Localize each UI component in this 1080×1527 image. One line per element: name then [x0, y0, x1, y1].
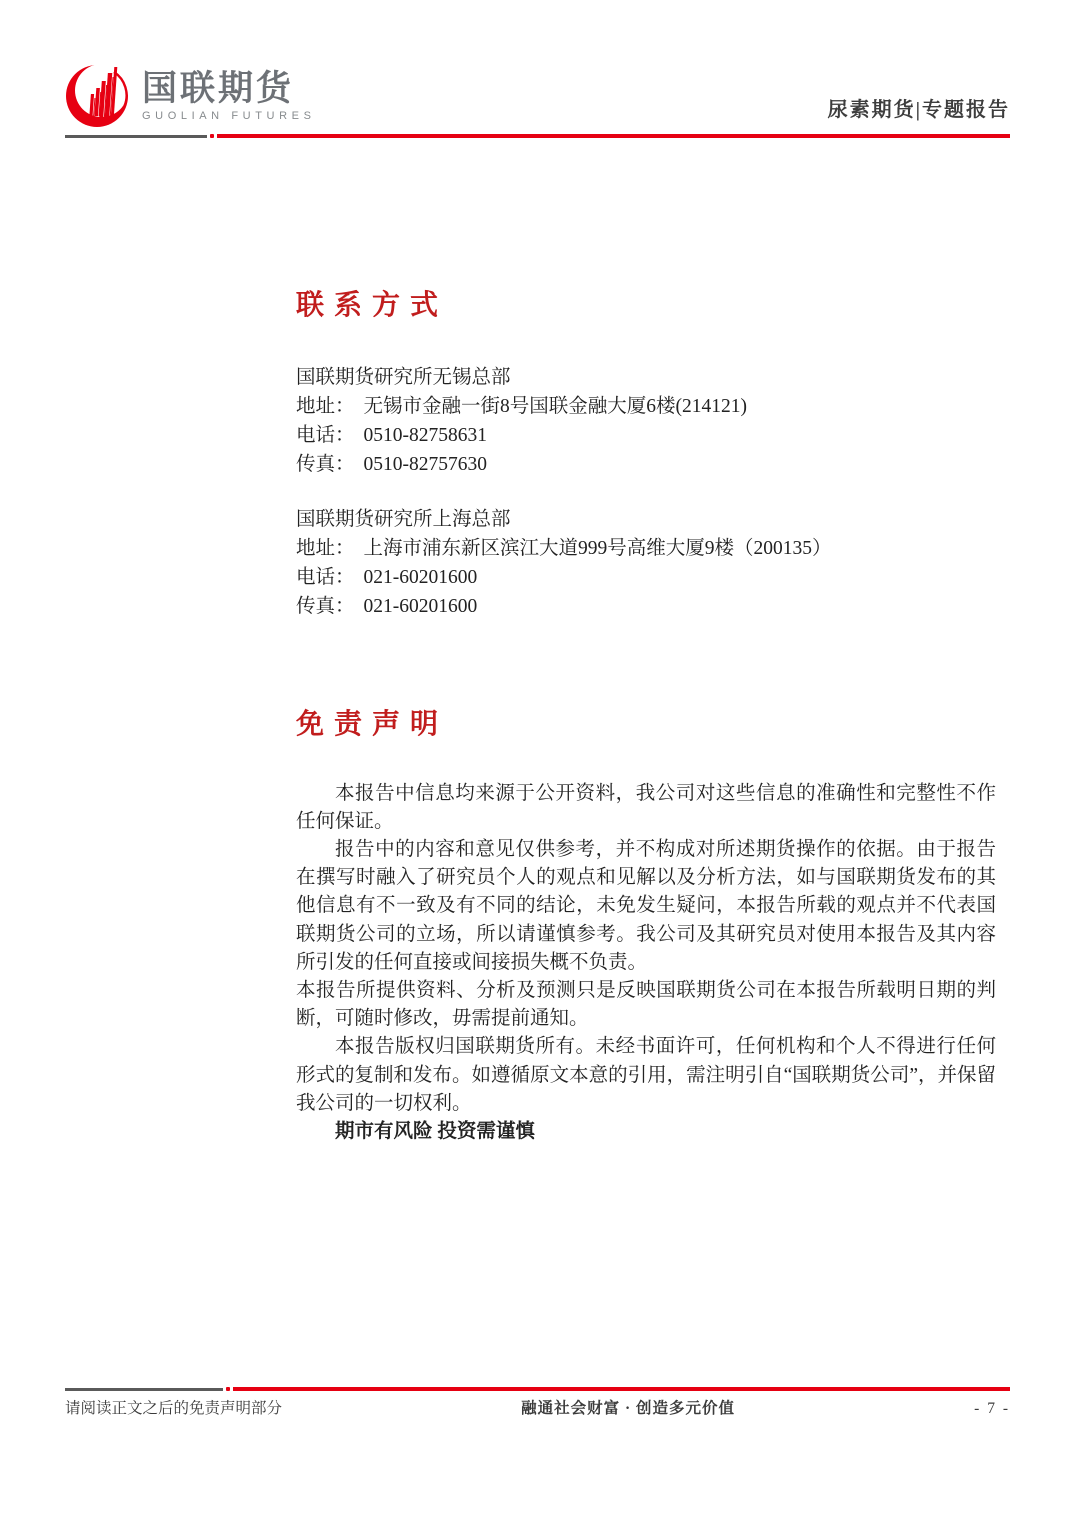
- address-label: 地址：: [296, 396, 355, 417]
- address-value: 无锡市金融一街8号国联金融大厦6楼(214121): [364, 396, 748, 417]
- footer-slogan: 融通社会财富 · 创造多元价值: [521, 1396, 735, 1418]
- phone-label: 电话：: [296, 567, 355, 588]
- page-footer: 请阅读正文之后的免责声明部分 融通社会财富 · 创造多元价值 - 7 -: [65, 1396, 1010, 1418]
- report-page: 国联期货 GUOLIAN FUTURES 尿素期货|专题报告 联系方式 国联期货…: [0, 0, 1080, 1527]
- phone-label: 电话：: [296, 425, 355, 446]
- footer-divider: [65, 1387, 1010, 1391]
- office-fax: 传真：021-60201600: [296, 592, 996, 621]
- office-fax: 传真：0510-82757630: [296, 450, 996, 479]
- contact-section-title: 联系方式: [296, 289, 996, 323]
- logo-wordmark: 国联期货 GUOLIAN FUTURES: [142, 71, 316, 122]
- fax-value: 0510-82757630: [364, 454, 488, 475]
- office-shanghai: 国联期货研究所上海总部 地址：上海市浦东新区滨江大道999号高维大厦9楼（200…: [296, 505, 996, 621]
- disclaimer-paragraph: 本报告所提供资料、分析及预测只是反映国联期货公司在本报告所载明日期的判断，可随时…: [296, 977, 996, 1033]
- divider-gray-segment: [65, 135, 207, 138]
- disclaimer-paragraph: 本报告中信息均来源于公开资料，我公司对这些信息的准确性和完整性不作任何保证。: [296, 780, 996, 836]
- office-phone: 电话：021-60201600: [296, 563, 996, 592]
- office-name: 国联期货研究所上海总部: [296, 505, 996, 534]
- logo-cn-text: 国联期货: [142, 71, 316, 106]
- page-number: - 7 -: [974, 1400, 1010, 1418]
- address-label: 地址：: [296, 538, 355, 559]
- divider-dot: [226, 1387, 230, 1391]
- fax-label: 传真：: [296, 454, 355, 475]
- contact-section: 联系方式 国联期货研究所无锡总部 地址：无锡市金融一街8号国联金融大厦6楼(21…: [296, 289, 996, 621]
- phone-value: 0510-82758631: [364, 425, 488, 446]
- disclaimer-section-title: 免责声明: [296, 708, 996, 742]
- disclaimer-paragraph: 本报告版权归国联期货所有。未经书面许可，任何机构和个人不得进行任何形式的复制和发…: [296, 1033, 996, 1118]
- header-divider: [65, 134, 1010, 138]
- phone-value: 021-60201600: [364, 567, 478, 588]
- logo-en-text: GUOLIAN FUTURES: [142, 110, 316, 122]
- office-phone: 电话：0510-82758631: [296, 421, 996, 450]
- office-address: 地址：上海市浦东新区滨江大道999号高维大厦9楼（200135）: [296, 534, 996, 563]
- fax-value: 021-60201600: [364, 596, 478, 617]
- page-header: 国联期货 GUOLIAN FUTURES 尿素期货|专题报告: [65, 64, 1010, 128]
- footer-disclaimer-note: 请阅读正文之后的免责声明部分: [65, 1396, 282, 1418]
- office-address: 地址：无锡市金融一街8号国联金融大厦6楼(214121): [296, 392, 996, 421]
- disclaimer-paragraph: 报告中的内容和意见仅供参考，并不构成对所述期货操作的依据。由于报告在撰写时融入了…: [296, 836, 996, 977]
- disclaimer-body: 本报告中信息均来源于公开资料，我公司对这些信息的准确性和完整性不作任何保证。 报…: [296, 780, 996, 1147]
- office-name: 国联期货研究所无锡总部: [296, 363, 996, 392]
- divider-red-segment: [233, 1387, 1010, 1391]
- guolian-logo-icon: [65, 64, 129, 128]
- divider-dot: [210, 134, 214, 138]
- office-wuxi: 国联期货研究所无锡总部 地址：无锡市金融一街8号国联金融大厦6楼(214121)…: [296, 363, 996, 479]
- divider-red-segment: [217, 134, 1010, 138]
- report-category-label: 尿素期货|专题报告: [828, 93, 1010, 128]
- fax-label: 传真：: [296, 596, 355, 617]
- address-value: 上海市浦东新区滨江大道999号高维大厦9楼（200135）: [364, 538, 832, 559]
- divider-gray-segment: [65, 1388, 223, 1391]
- disclaimer-section: 免责声明 本报告中信息均来源于公开资料，我公司对这些信息的准确性和完整性不作任何…: [296, 708, 996, 1146]
- company-logo: 国联期货 GUOLIAN FUTURES: [65, 64, 316, 128]
- risk-warning-line: 期市有风险 投资需谨慎: [296, 1118, 996, 1146]
